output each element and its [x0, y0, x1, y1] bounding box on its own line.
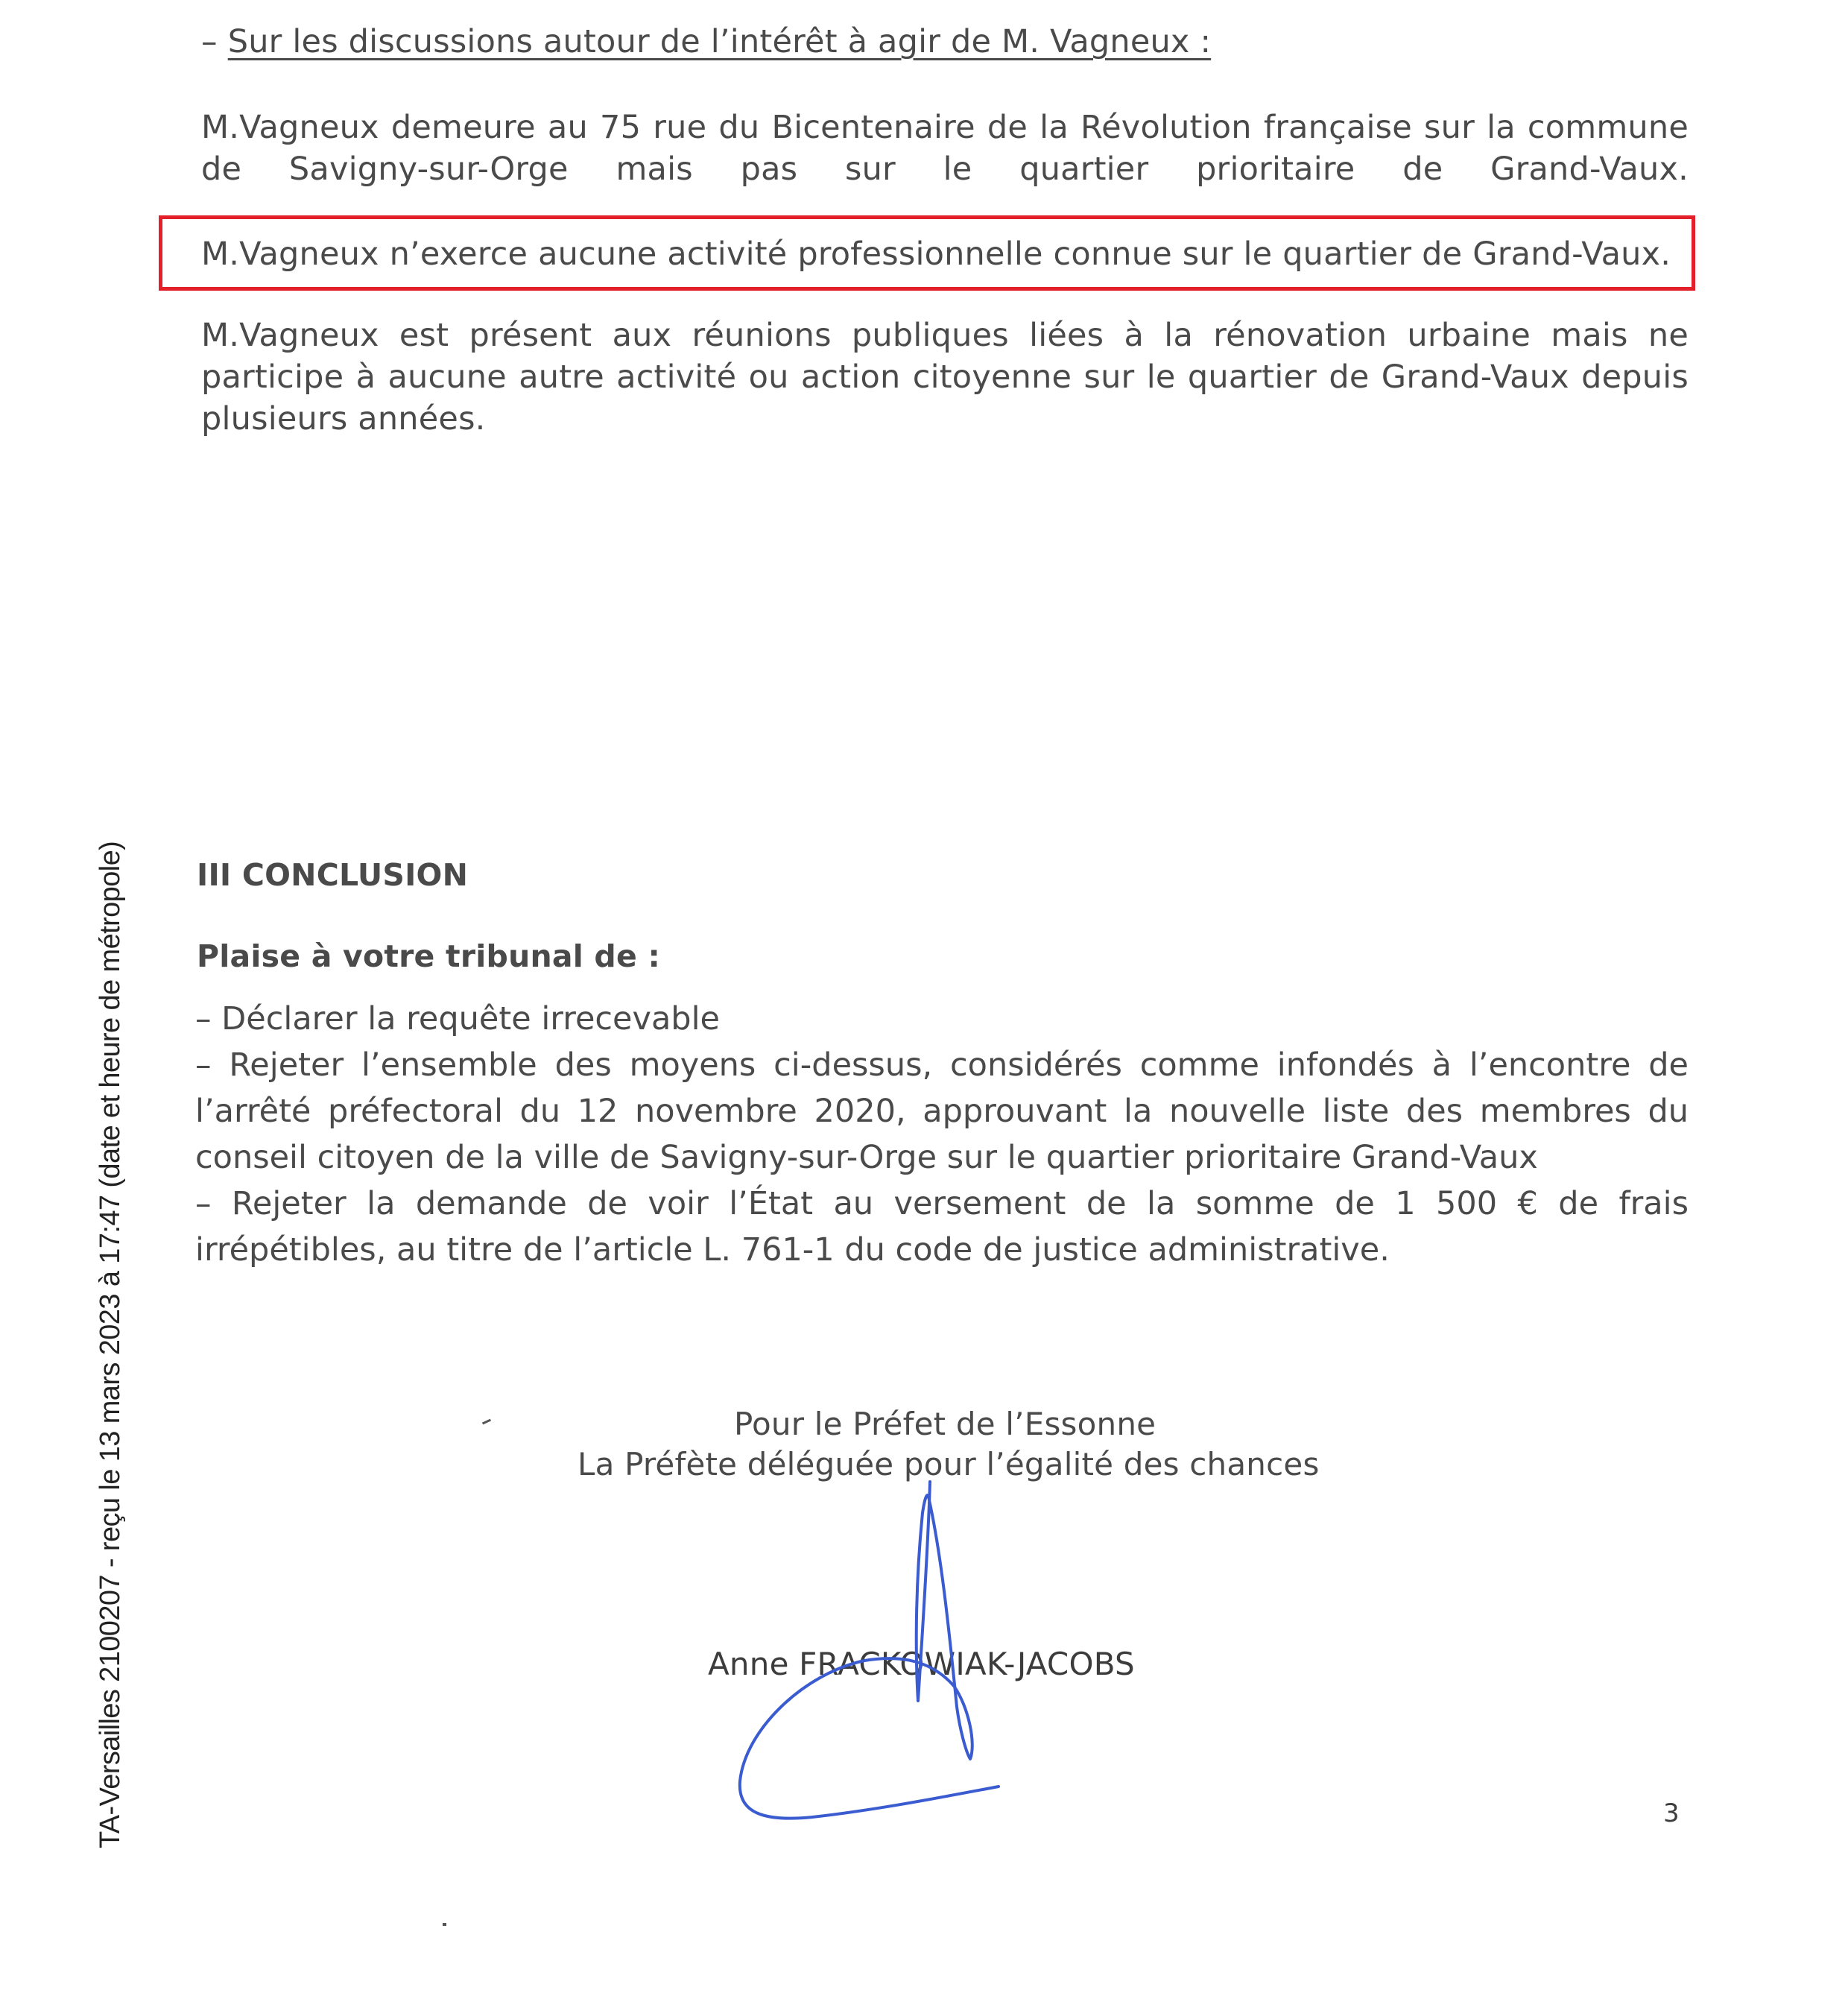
- document-page: –Sur les discussions autour de l’intérêt…: [0, 0, 1848, 1993]
- conclusion-intro: Plaise à votre tribunal de :: [197, 935, 660, 977]
- heading-dash: –: [201, 23, 218, 60]
- conclusion-item: – Déclarer la requête irrecevable: [195, 996, 1689, 1042]
- paragraph-public-meetings: M.Vagneux est présent aux réunions publi…: [201, 315, 1689, 440]
- scan-artifact: [443, 1923, 446, 1926]
- scan-artifact: [482, 1419, 491, 1425]
- heading-text: Sur les discussions autour de l’intérêt …: [228, 23, 1211, 60]
- conclusion-item: – Rejeter la demande de voir l’État au v…: [195, 1181, 1689, 1273]
- signature-title: La Préfète déléguée pour l’égalité des c…: [577, 1444, 1320, 1485]
- court-receipt-stamp: TA-Versailles 2100207 - reçu le 13 mars …: [95, 841, 127, 1848]
- signature-authority: Pour le Préfet de l’Essonne: [734, 1403, 1156, 1445]
- section-heading: –Sur les discussions autour de l’intérêt…: [201, 21, 1211, 63]
- page-number: 3: [1663, 1793, 1680, 1834]
- signatory-name: Anne FRACKOWIAK-JACOBS: [708, 1643, 1135, 1685]
- paragraph-professional-activity: M.Vagneux n’exerce aucune activité profe…: [201, 233, 1671, 275]
- conclusion-list: – Déclarer la requête irrecevable – Reje…: [195, 996, 1689, 1273]
- conclusion-item: – Rejeter l’ensemble des moyens ci-dessu…: [195, 1042, 1689, 1181]
- paragraph-residence: M.Vagneux demeure au 75 rue du Bicentena…: [201, 107, 1689, 190]
- conclusion-heading: III CONCLUSION: [197, 854, 468, 896]
